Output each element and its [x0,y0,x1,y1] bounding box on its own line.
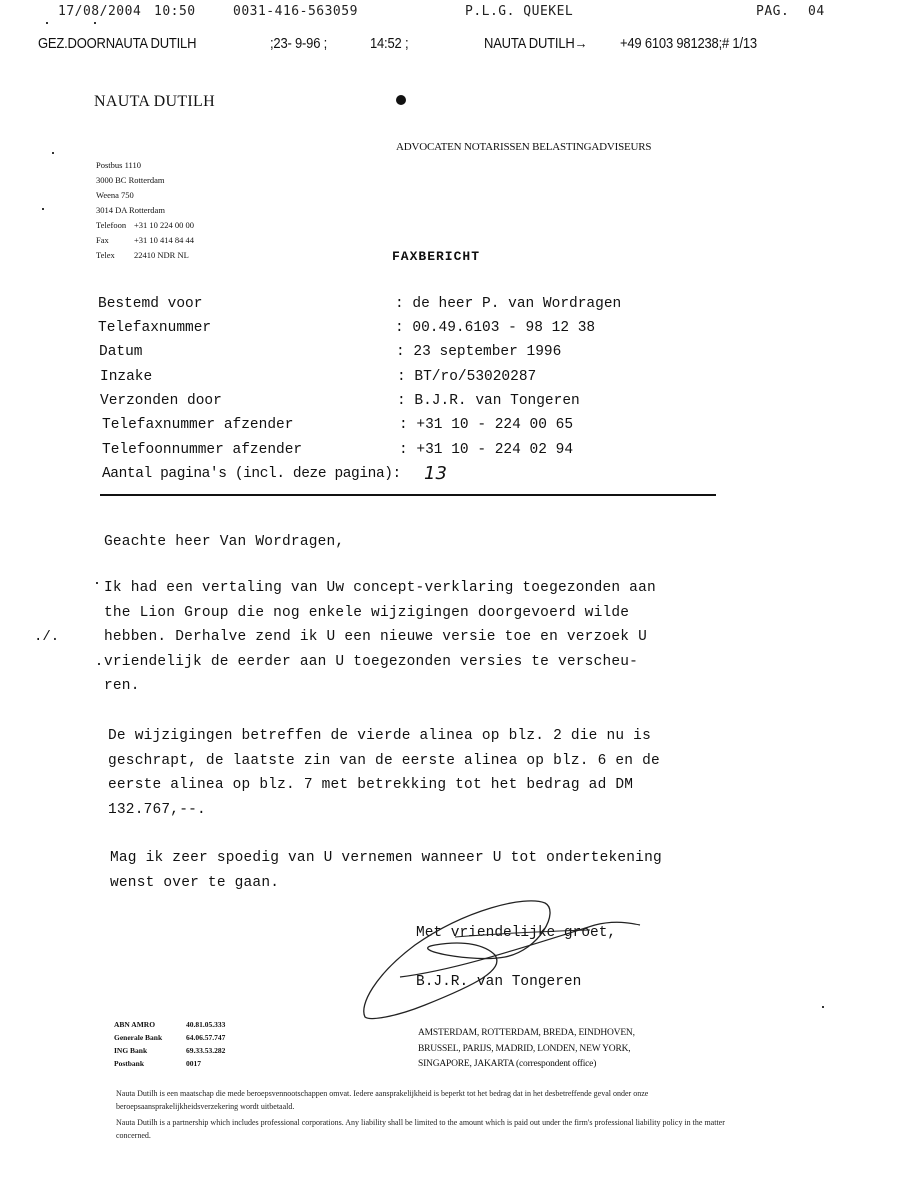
address-line: Telex22410 NDR NL [96,248,194,263]
bank-row: ING Bank69.33.53.282 [114,1044,225,1057]
scan-speck [94,22,96,24]
bank-row: ABN AMRO40.81.05.333 [114,1018,225,1031]
address-line: Fax+31 10 414 84 44 [96,233,194,248]
scan-speck [42,208,44,210]
address-line: 3014 DA Rotterdam [96,203,194,218]
address-line: Telefoon+31 10 224 00 00 [96,218,194,233]
logo-dot-icon [396,95,406,105]
header-divider [100,494,716,496]
transmission-destination: +49 6103 981238;# 1/13 [620,34,757,51]
transmission-station: NAUTA DUTILH→ [484,34,587,51]
paragraph-1: Ik had een vertaling van Uw concept-verk… [104,576,656,699]
scan-speck [52,152,54,154]
fax-sender-number: 0031-416-563059 [233,4,358,19]
signer-name: B.J.R. van Tongeren [416,974,581,990]
address-line: Weena 750 [96,188,194,203]
scan-speck [98,663,100,665]
signature-icon [355,895,675,1025]
transmission-time: 14:52 ; [370,34,408,51]
fax-date: 17/08/2004 [58,4,141,19]
paragraph-2: De wijzigingen betreffen de vierde aline… [108,724,660,822]
paragraph-3: Mag ik zeer spoedig van U vernemen wanne… [110,846,662,895]
transmission-date: ;23- 9-96 ; [270,34,327,51]
address-line: 3000 BC Rotterdam [96,173,194,188]
firm-tagline: ADVOCATEN NOTARISSEN BELASTINGADVISEURS [396,141,651,153]
office-locations: AMSTERDAM, ROTTERDAM, BREDA, EINDHOVEN, … [418,1026,635,1073]
salutation: Geachte heer Van Wordragen, [104,530,344,555]
fax-sender-name: P.L.G. QUEKEL [465,4,573,19]
closing: Met vriendelijke groet, [416,925,616,941]
scan-speck [822,1006,824,1008]
transmission-sent-by: GEZ.DOORNAUTA DUTILH [38,34,196,51]
fax-page-number: 04 [808,4,825,19]
scan-speck [46,22,48,24]
disclaimer-dutch: Nauta Dutilh is een maatschap die mede b… [116,1087,734,1113]
firm-name: NAUTA DUTILH [94,93,215,111]
address-block: Postbus 1110 3000 BC Rotterdam Weena 750… [96,158,194,263]
fax-time: 10:50 [154,4,196,19]
bank-accounts: ABN AMRO40.81.05.333 Generale Bank64.06.… [114,1018,225,1070]
scan-speck [96,582,98,584]
disclaimer-english: Nauta Dutilh is a partnership which incl… [116,1116,734,1142]
bank-row: Postbank0017 [114,1057,225,1070]
enclosure-mark: ./. [34,629,59,645]
handwritten-page-count: 13 [424,463,447,484]
address-line: Postbus 1110 [96,158,194,173]
document-title: FAXBERICHT [392,249,480,264]
fax-page-label: PAG. [756,4,789,19]
bank-row: Generale Bank64.06.57.747 [114,1031,225,1044]
